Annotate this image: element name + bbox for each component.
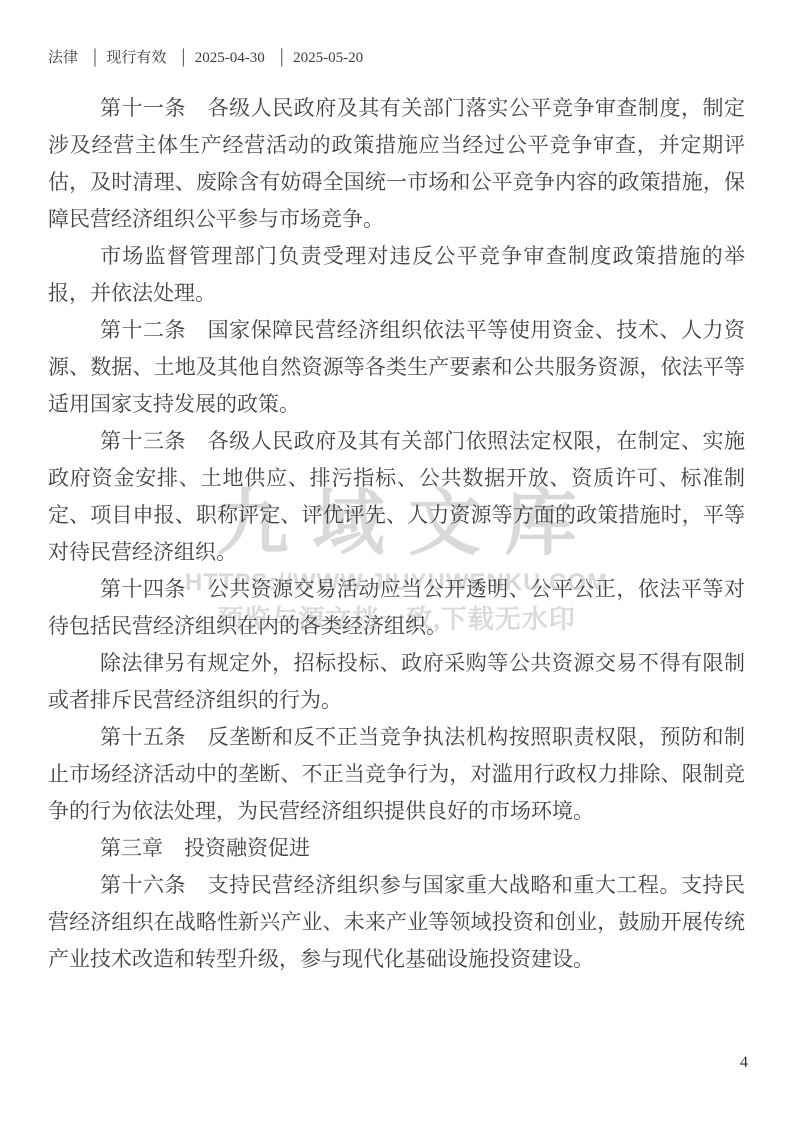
article-11-para-2: 市场监督管理部门负责受理对违反公平竞争审查制度政策措施的举报，并依法处理。 [48, 238, 745, 312]
article-14-para-2: 除法律另有规定外，招标投标、政府采购等公共资源交易不得有限制或者排斥民营经济组织… [48, 645, 745, 719]
header-meta: 法律│现行有效│2025-04-30│2025-05-20 [48, 48, 745, 68]
article-15: 第十五条 反垄断和反不正当竞争执法机构按照职责权限，预防和制止市场经济活动中的垄… [48, 719, 745, 830]
header-separator: │ [278, 48, 287, 68]
page-number: 4 [740, 1053, 748, 1073]
article-16: 第十六条 支持民营经济组织参与国家重大战略和重大工程。支持民营经济组织在战略性新… [48, 867, 745, 978]
header-item-2: 2025-04-30 [195, 48, 265, 68]
article-11: 第十一条 各级人民政府及其有关部门落实公平竞争审查制度，制定涉及经营主体生产经营… [48, 90, 745, 238]
document-page: 法律│现行有效│2025-04-30│2025-05-20 九域文库 HTTPS… [0, 0, 793, 1122]
header-item-3: 2025-05-20 [293, 48, 363, 68]
header-item-1: 现行有效 [106, 48, 166, 68]
article-12: 第十二条 国家保障民营经济组织依法平等使用资金、技术、人力资源、数据、土地及其他… [48, 312, 745, 423]
chapter-3-heading: 第三章 投资融资促进 [48, 830, 745, 867]
article-14: 第十四条 公共资源交易活动应当公开透明、公平公正，依法平等对待包括民营经济组织在… [48, 571, 745, 645]
header-separator: │ [91, 48, 100, 68]
document-body: 第十一条 各级人民政府及其有关部门落实公平竞争审查制度，制定涉及经营主体生产经营… [48, 90, 745, 978]
header-item-0: 法律 [48, 48, 78, 68]
article-13: 第十三条 各级人民政府及其有关部门依照法定权限，在制定、实施政府资金安排、土地供… [48, 423, 745, 571]
header-separator: │ [179, 48, 188, 68]
